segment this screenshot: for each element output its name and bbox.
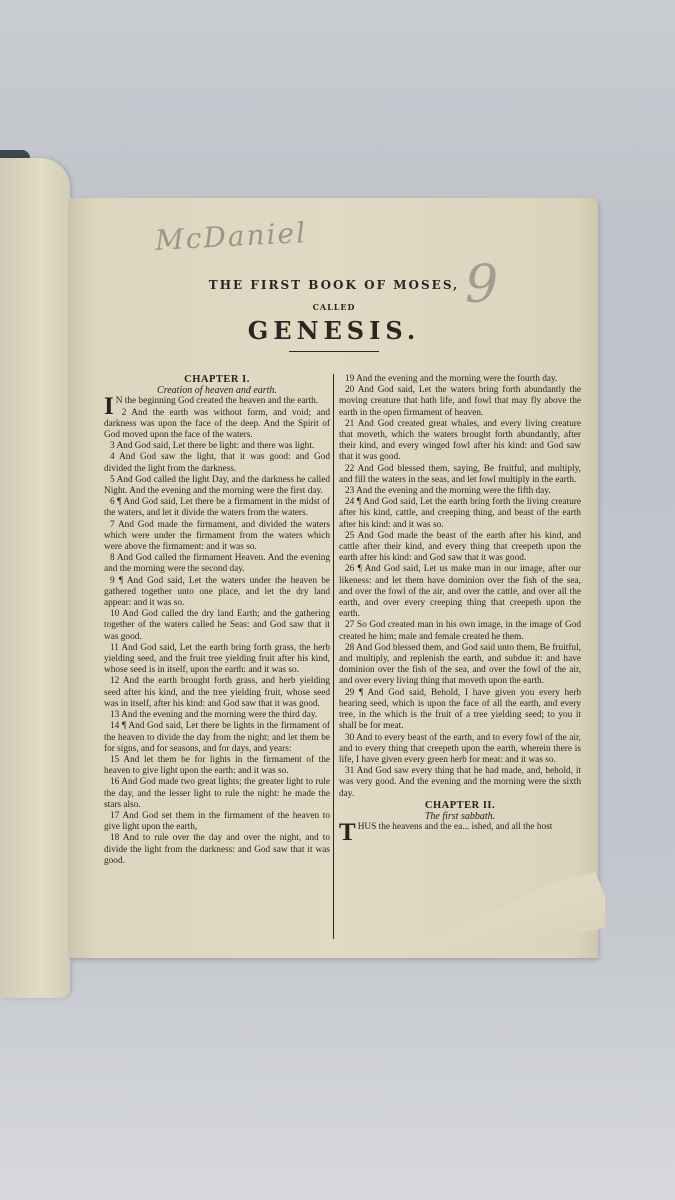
verse: 11 And God said, Let the earth bring for…	[104, 643, 330, 677]
left-page-edge	[0, 158, 70, 998]
heading-line1: THE FIRST BOOK OF MOSES,	[70, 278, 598, 292]
verse: 9 ¶ And God said, Let the waters under t…	[104, 576, 330, 610]
verse: 30 And to every beast of the earth, and …	[339, 733, 581, 767]
verse: 18 And to rule over the day and over the…	[104, 833, 330, 867]
verse: 8 And God called the firmament Heaven. A…	[104, 553, 330, 575]
verse: 25 And God made the beast of the earth a…	[339, 531, 581, 565]
chapter-2-verse-1: THUS the heavens and the ea... ished, an…	[339, 822, 581, 833]
verse: 28 And God blessed them, and God said un…	[339, 643, 581, 688]
verse: 17 And God set them in the firmament of …	[104, 811, 330, 833]
verse: 21 And God created great whales, and eve…	[339, 419, 581, 464]
verse-1: IN the beginning God created the heaven …	[104, 396, 330, 407]
verse: 15 And let them be for lights in the fir…	[104, 755, 330, 777]
verse: 19 And the evening and the morning were …	[339, 374, 581, 385]
heading-rule	[289, 351, 379, 352]
verse: 26 ¶ And God said, Let us make man in ou…	[339, 564, 581, 620]
left-column: CHAPTER I. Creation of heaven and earth.…	[104, 374, 330, 867]
verse: 5 And God called the light Day, and the …	[104, 475, 330, 497]
verse: 14 ¶ And God said, Let there be lights i…	[104, 721, 330, 755]
verse: 20 And God said, Let the waters bring fo…	[339, 385, 581, 419]
chapter-1-subtitle: Creation of heaven and earth.	[104, 385, 330, 396]
heading-called: CALLED	[70, 302, 598, 312]
verse: 4 And God saw the light, that it was goo…	[104, 452, 330, 474]
verse: 13 And the evening and the morning were …	[104, 710, 330, 721]
right-column: 19 And the evening and the morning were …	[339, 374, 581, 843]
verse: 29 ¶ And God said, Behold, I have given …	[339, 688, 581, 733]
verse: 6 ¶ And God said, Let there be a firmame…	[104, 497, 330, 519]
book-title: GENESIS.	[70, 316, 598, 345]
dropcap: T	[339, 823, 356, 843]
verse: 7 And God made the firmament, and divide…	[104, 520, 330, 554]
verse: 2 And the earth was without form, and vo…	[104, 408, 330, 442]
column-divider	[333, 374, 334, 939]
verse: 3 And God said, Let there be light: and …	[104, 441, 330, 452]
verse: 16 And God made two great lights; the gr…	[104, 777, 330, 811]
verse: 23 And the evening and the morning were …	[339, 486, 581, 497]
verse: 27 So God created man in his own image, …	[339, 620, 581, 642]
book-heading: THE FIRST BOOK OF MOSES, CALLED GENESIS.	[70, 278, 598, 352]
chapter-2-subtitle: The first sabbath.	[339, 811, 581, 822]
verse: 10 And God called the dry land Earth; an…	[104, 609, 330, 643]
chapter-1-title: CHAPTER I.	[104, 374, 330, 385]
verse: 12 And the earth brought forth grass, an…	[104, 676, 330, 710]
chapter-2-title: CHAPTER II.	[339, 800, 581, 811]
verse: 31 And God saw every thing that he had m…	[339, 766, 581, 800]
verse: 22 And God blessed them, saying, Be frui…	[339, 464, 581, 486]
verse: 24 ¶ And God said, Let the earth bring f…	[339, 497, 581, 531]
dropcap: I	[104, 397, 114, 417]
